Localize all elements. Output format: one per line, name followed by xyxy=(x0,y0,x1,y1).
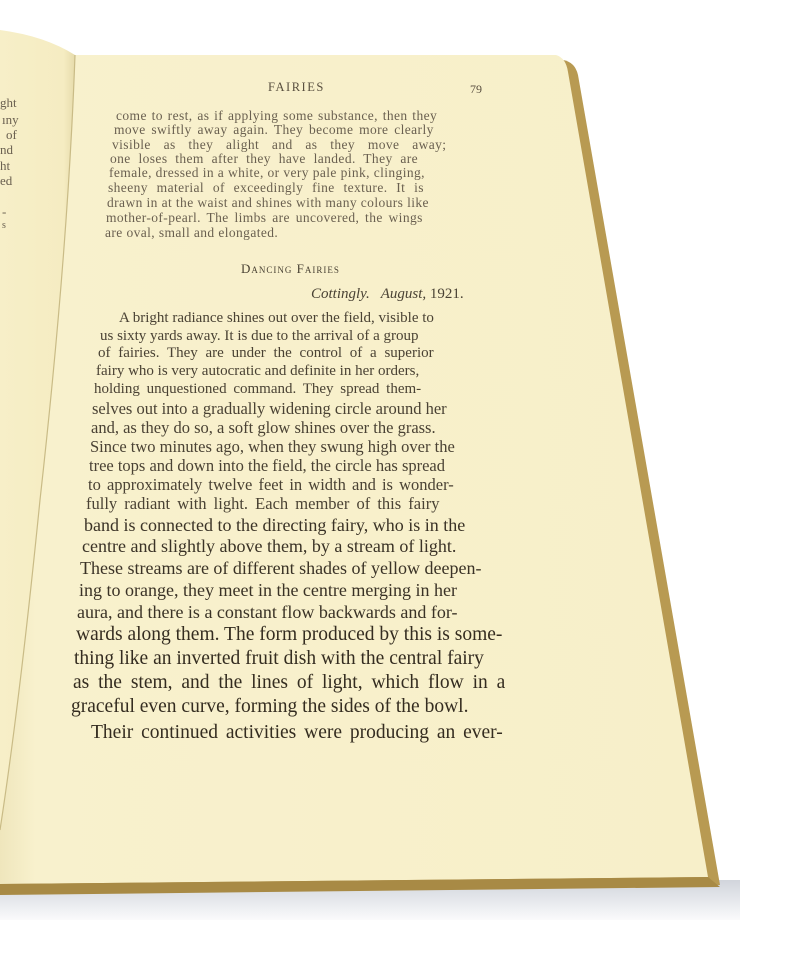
text-line: fully radiant with light. Each member of… xyxy=(86,494,439,514)
text-line: holding unquestioned command. They sprea… xyxy=(94,381,421,398)
text-line: fairy who is very autocratic and definit… xyxy=(96,363,419,380)
text-line: as the stem, and the lines of light, whi… xyxy=(73,672,505,694)
left-fragment: ht xyxy=(0,158,10,174)
text-line: of fairies. They are under the control o… xyxy=(98,345,434,362)
left-fragment: ıny xyxy=(2,112,19,128)
text-line: drawn in at the waist and shines with ma… xyxy=(107,195,429,211)
left-fragment: nd xyxy=(0,142,13,158)
text-line: A bright radiance shines out over the fi… xyxy=(119,310,434,327)
dateline: Cottingly. August, 1921. xyxy=(311,286,464,303)
dateline-month: August, xyxy=(381,286,426,302)
text-line: thing like an inverted fruit dish with t… xyxy=(74,648,484,670)
text-line: centre and slightly above them, by a str… xyxy=(82,536,456,557)
page-number: 79 xyxy=(470,82,482,97)
text-line: aura, and there is a constant flow backw… xyxy=(77,602,458,623)
book-photo: ght ıny of nd ht ed - s FAIRIES 79 come … xyxy=(0,0,785,970)
text-line: are oval, small and elongated. xyxy=(105,225,278,241)
text-line: These streams are of different shades of… xyxy=(80,558,482,579)
text-line: band is connected to the directing fairy… xyxy=(84,515,465,536)
text-line: sheeny material of exceedingly fine text… xyxy=(108,180,424,196)
left-fragment: s xyxy=(2,220,6,231)
text-line: Since two minutes ago, when they swung h… xyxy=(90,437,455,457)
section-heading: Dancing Fairies xyxy=(241,261,340,277)
text-line: mother-of-pearl. The limbs are uncovered… xyxy=(106,210,423,226)
text-line: us sixty yards away. It is due to the ar… xyxy=(100,328,419,345)
text-line: wards along them. The form produced by t… xyxy=(76,624,502,646)
next-paragraph-start: Their continued activities were producin… xyxy=(91,722,503,744)
text-line: move swiftly away again. They become mor… xyxy=(114,122,434,138)
text-line: ing to orange, they meet in the centre m… xyxy=(79,580,457,601)
text-line: female, dressed in a white, or very pale… xyxy=(109,165,425,181)
left-fragment: of xyxy=(6,127,17,143)
text-line: graceful even curve, forming the sides o… xyxy=(71,696,468,718)
dateline-year: 1921. xyxy=(430,286,464,302)
text-line: and, as they do so, a soft glow shines o… xyxy=(91,418,436,438)
running-head: FAIRIES xyxy=(268,80,325,95)
dateline-place: Cottingly. xyxy=(311,286,370,302)
left-fragment: ed xyxy=(0,173,12,189)
text-line: selves out into a gradually widening cir… xyxy=(92,399,447,419)
left-fragment: ght xyxy=(0,95,17,111)
left-fragment: - xyxy=(2,204,6,220)
text-line: to approximately twelve feet in width an… xyxy=(88,475,454,495)
text-line: tree tops and down into the field, the c… xyxy=(89,456,445,476)
